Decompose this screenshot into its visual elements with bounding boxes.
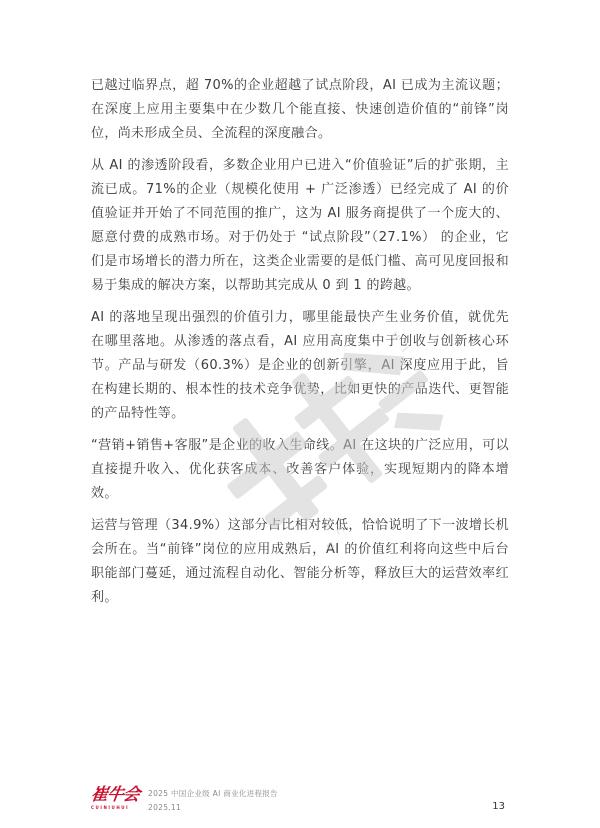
report-title: 2025 中国企业级 AI 商业化进程报告 (148, 788, 278, 799)
report-date: 2025.11 (148, 803, 181, 812)
paragraph: 运营与管理（34.9%）这部分占比相对较低，恰恰说明了下一波增长机会所在。当“前… (91, 514, 509, 610)
body-text: 已越过临界点，超 70%的企业超越了试点阶段，AI 已成为主流议题；在深度上应用… (91, 74, 509, 618)
brand-logo-subtext: CUINIUHUI (91, 805, 139, 810)
paragraph: 从 AI 的渗透阶段看，多数企业用户已进入“价值验证”后的扩张期，主流已成。71… (91, 154, 509, 298)
paragraph: AI 的落地呈现出强烈的价值引力，哪里能最快产生业务价值，就优先在哪里落地。从渗… (91, 306, 509, 426)
paragraph: “营销+销售+客服”是企业的收入生命线。AI 在这块的广泛应用，可以直接提升收入… (91, 434, 509, 506)
brand-logo-text: 崔牛会 (90, 786, 141, 804)
brand-logo: 崔牛会 CUINIUHUI (91, 786, 139, 812)
paragraph: 已越过临界点，超 70%的企业超越了试点阶段，AI 已成为主流议题；在深度上应用… (91, 74, 509, 146)
page-number: 13 (492, 801, 505, 812)
document-page: 已越过临界点，超 70%的企业超越了试点阶段，AI 已成为主流议题；在深度上应用… (0, 0, 600, 828)
page-footer: 崔牛会 CUINIUHUI 2025 中国企业级 AI 商业化进程报告 2025… (91, 786, 509, 816)
